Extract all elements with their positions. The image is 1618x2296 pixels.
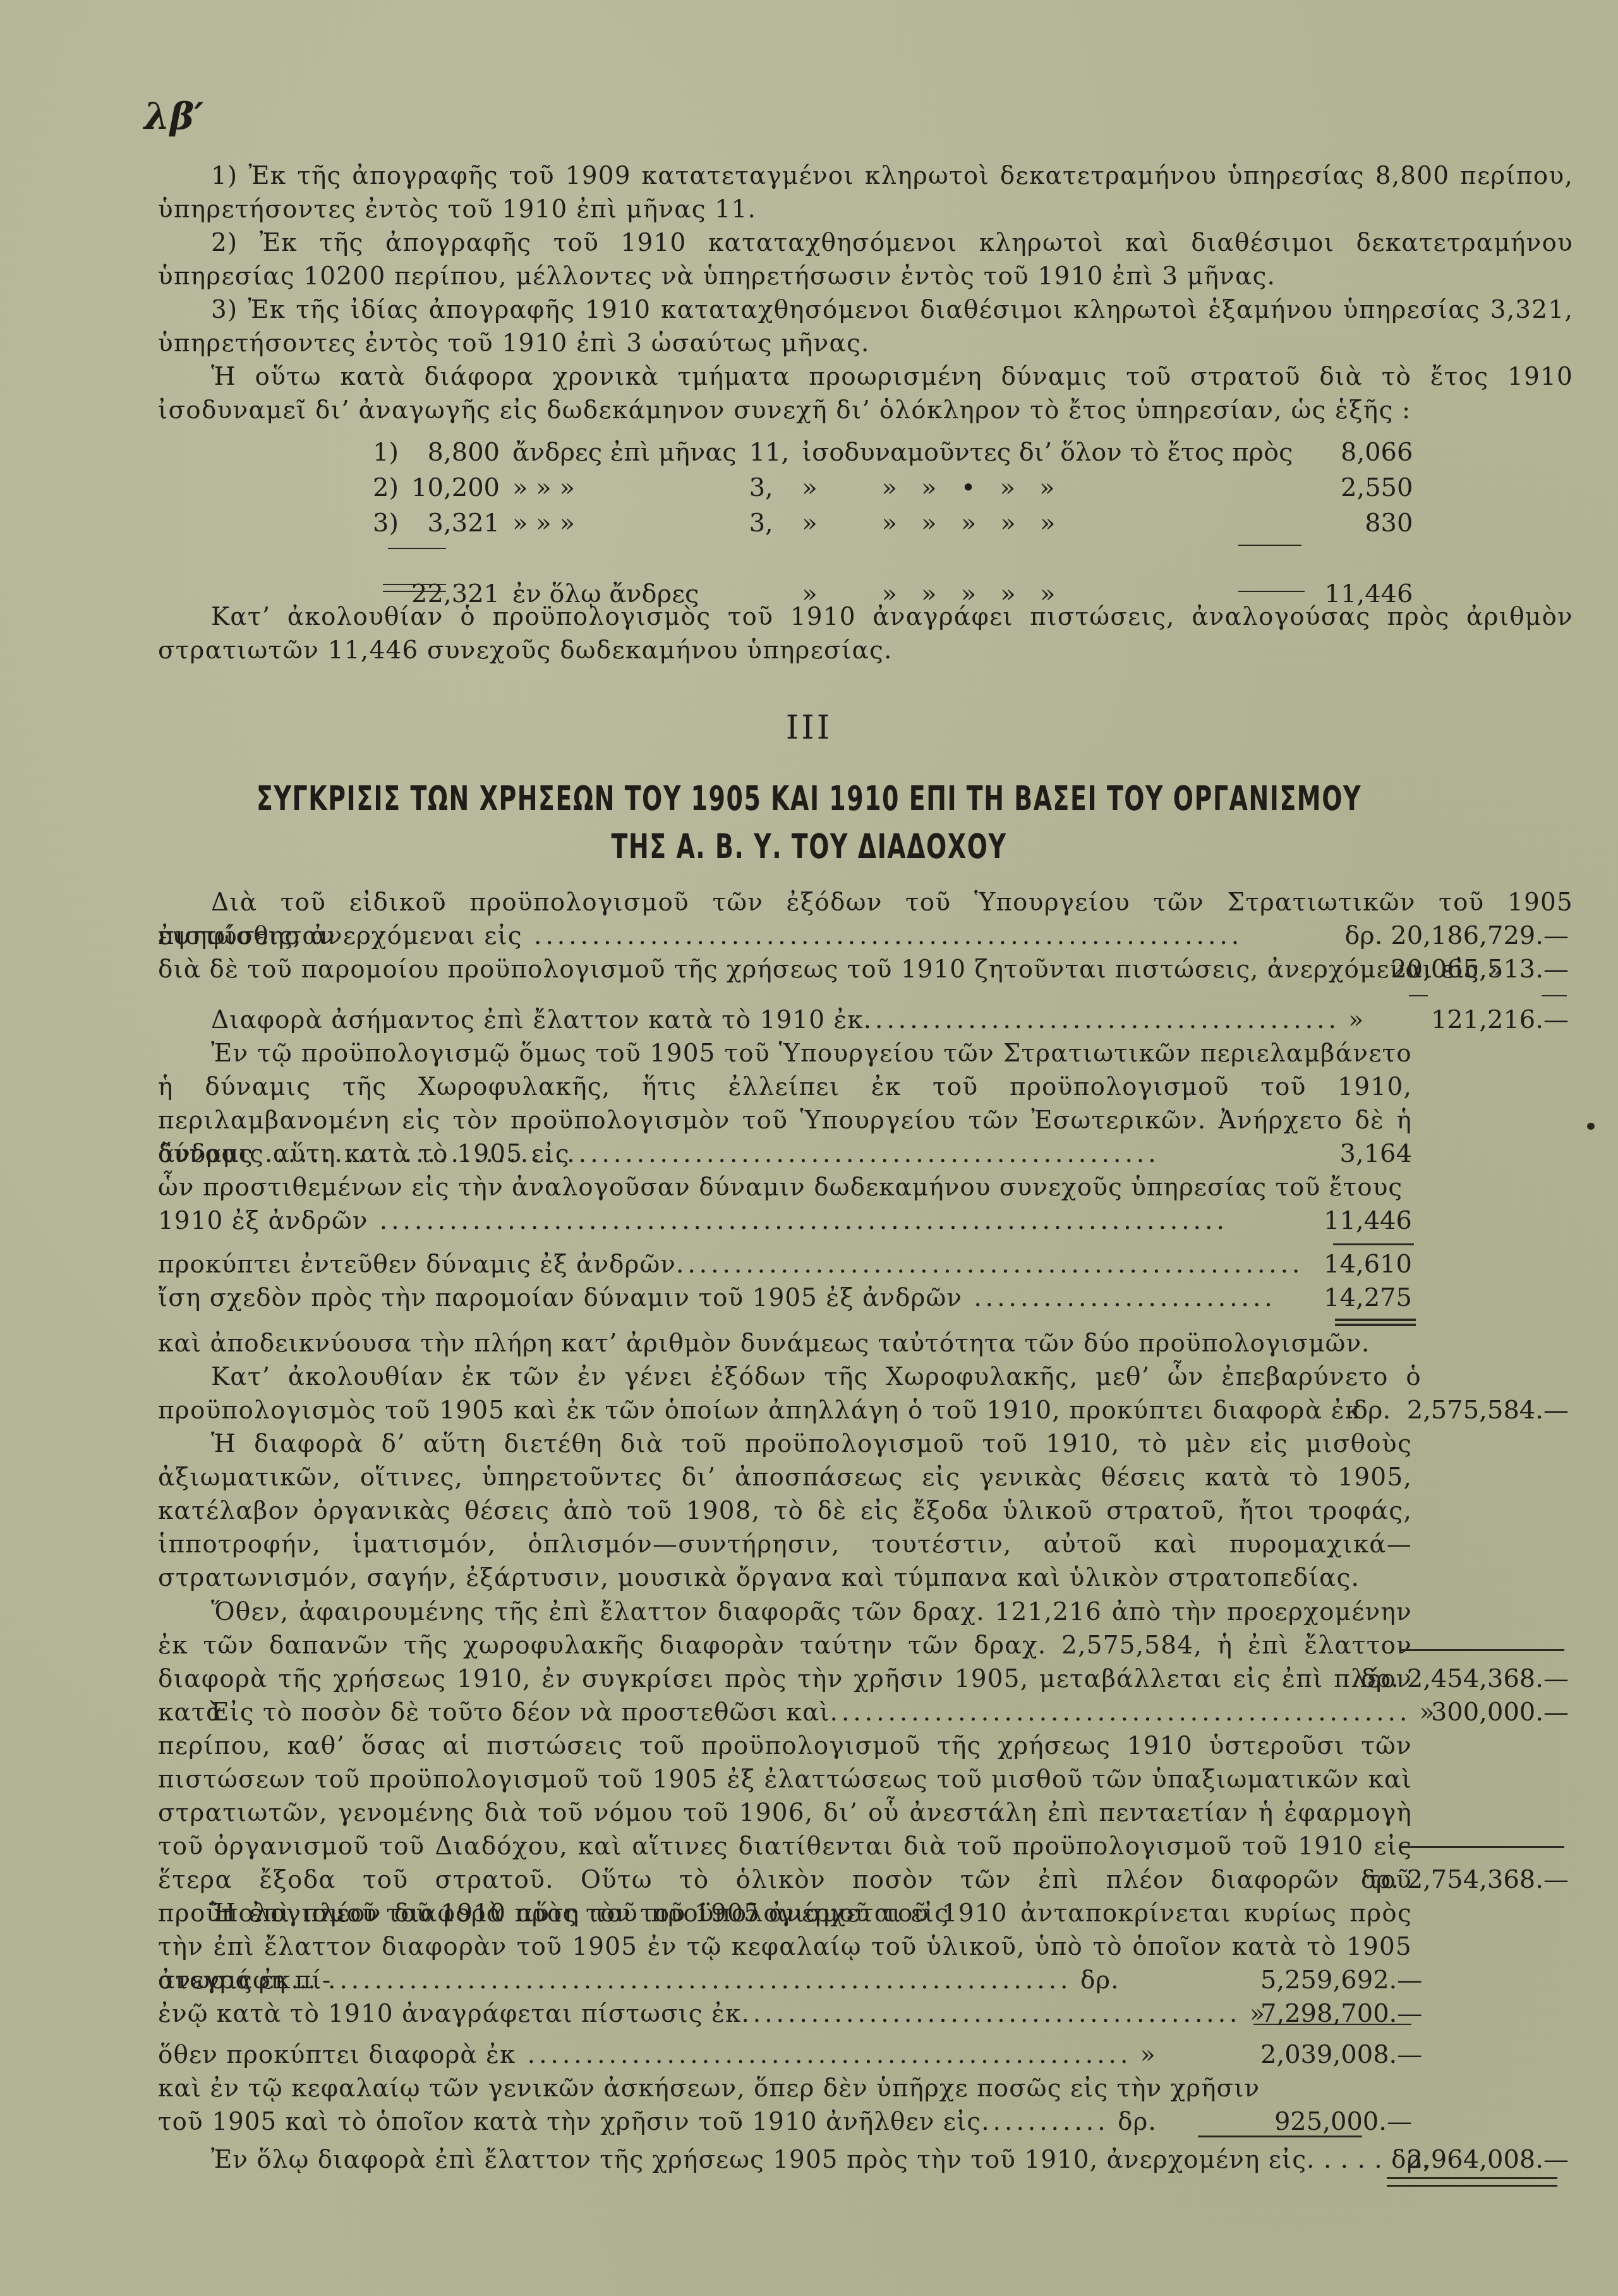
sum-rule xyxy=(1253,2024,1411,2025)
m3-lead-text: ὅθεν προκύπτει διαφορὰ ἐκ xyxy=(158,2041,516,2069)
leader-dots: ........................................… xyxy=(741,2000,1241,2028)
men-lead: ἄνδρας .................................… xyxy=(158,1137,1160,1171)
row-number: 1) xyxy=(366,435,405,470)
intro-section: 1) Ἐκ τῆς ἀπογραφῆς τοῦ 1909 κατατεταγμέ… xyxy=(158,159,1573,427)
leader-dots: ........................................… xyxy=(368,1207,1228,1235)
intro-summary: Ἡ οὕτω κατὰ διάφορα χρονικὰ τμήματα προω… xyxy=(158,360,1573,427)
gend-exp-text: Κατ’ ἀκολουθίαν ἐκ τῶν ἐν γένει ἐξόδων τ… xyxy=(158,1360,1422,1427)
added-lead-text: 1910 ἐξ ἀνδρῶν xyxy=(158,1207,368,1235)
p2-amount: 20,065,513.— xyxy=(1391,953,1569,986)
add-lead: Εἰς τὸ ποσὸν δὲ τοῦτο δέον νὰ προστεθῶσι… xyxy=(211,1696,1435,1729)
result-lead: προκύπτει ἐντεῦθεν δύναμις ἐξ ἀνδρῶν....… xyxy=(158,1248,1303,1281)
leader-dots: ........................................… xyxy=(676,1250,1303,1279)
equiv-desc: ἰσοδυναμοῦντες δι’ ὅλον τὸ ἔτος πρὸς xyxy=(795,435,1299,470)
men-count: 8,800 xyxy=(405,435,506,470)
leader-dots: ........................................… xyxy=(253,1140,1160,1168)
identity-text: καὶ ἀποδεικνύουσα τὴν πλήρη κατ’ ἀριθμὸν… xyxy=(158,1327,1370,1360)
equiv-value: 2,550 xyxy=(1300,470,1420,505)
exercises-text: καὶ ἐν τῷ κεφαλαίῳ τῶν γενικῶν ἀσκήσεων,… xyxy=(158,2072,1260,2105)
m2-lead: ἐνῷ κατὰ τὸ 1910 ἀναγράφεται πίστωσις ἐκ… xyxy=(158,1997,1265,2031)
leader-dots: ........................................… xyxy=(516,2041,1132,2069)
sum-rule xyxy=(1333,1243,1414,1245)
total-amount: 2,964,008.— xyxy=(1407,2143,1569,2177)
men-count: 3,321 xyxy=(405,505,506,541)
ex-amount: 925,000.— xyxy=(1260,2105,1412,2139)
add-amount: 300,000.— xyxy=(1431,1696,1569,1729)
table-row: 1) 8,800 ἄνδρες ἐπὶ μῆνας 11, ἰσοδυναμοῦ… xyxy=(366,435,1420,470)
sum-rule xyxy=(388,548,446,549)
ink-speck xyxy=(1587,1123,1595,1130)
row-number: 2) xyxy=(366,470,405,505)
double-rule xyxy=(1387,2185,1557,2187)
m1-amount: 5,259,692.— xyxy=(1260,1964,1412,1997)
section-subtitle: ΤΗΣ Α. Β. Υ. ΤΟΥ ΔΙΑΔΟΧΟΥ xyxy=(178,826,1440,866)
leader-dots: ........................................… xyxy=(864,1006,1340,1034)
conclusion-paragraph: Κατ’ ἀκολουθίαν ὁ προϋπολογισμὸς τοῦ 191… xyxy=(158,600,1573,667)
equal-lead: ἴση σχεδὸν πρὸς τὴν παρομοίαν δύναμιν το… xyxy=(158,1281,1276,1315)
currency: » xyxy=(1140,2041,1156,2069)
equiv-value: 830 xyxy=(1300,505,1420,541)
added-text: ὧν προστιθεμένων εἰς τὴν ἀναλογοῦσαν δύν… xyxy=(158,1171,1403,1204)
rule-mark xyxy=(1409,995,1428,996)
m1-lead-text: στωσις ἐκ... xyxy=(158,1966,317,1995)
men-count: 10,200 xyxy=(405,470,506,505)
double-rule xyxy=(383,591,446,592)
leader-dots: ........................................… xyxy=(522,922,1243,950)
double-rule xyxy=(1238,591,1305,592)
months: 11, xyxy=(743,435,796,470)
spacer xyxy=(366,541,1420,576)
allocation-table: 1) 8,800 ἄνδρες ἐπὶ μῆνας 11, ἰσοδυναμοῦ… xyxy=(366,435,1420,612)
intro-item-1: 1) Ἐκ τῆς ἀπογραφῆς τοῦ 1909 κατατεταγμέ… xyxy=(158,159,1573,226)
m2-amount: 7,298,700.— xyxy=(1260,1997,1412,2031)
leader-dots: ........................................… xyxy=(317,1966,1072,1995)
intro-item-2: 2) Ἐκ τῆς ἀπογραφῆς τοῦ 1910 καταταχθησό… xyxy=(158,226,1573,293)
rule-mark xyxy=(1542,995,1567,996)
amount: 2,754,368.— xyxy=(1407,1865,1569,1894)
currency: δρ. xyxy=(1361,1865,1399,1894)
leader-dots: .......................... xyxy=(962,1284,1276,1312)
currency: δρ. xyxy=(1361,1664,1399,1693)
equiv-desc: » » » » » » xyxy=(795,505,1299,541)
sum-rule xyxy=(1238,545,1301,546)
m2-lead-text: ἐνῷ κατὰ τὸ 1910 ἀναγράφεται πίστωσις ἐκ xyxy=(158,2000,741,2028)
ex-lead-text: τοῦ 1905 καὶ τὸ ὁποῖον κατὰ τὴν χρῆσιν τ… xyxy=(158,2108,981,2136)
add-lead-text: Εἰς τὸ ποσὸν δὲ τοῦτο δέον νὰ προστεθῶσι… xyxy=(211,1698,830,1727)
amount: 20,186,729.— xyxy=(1391,921,1569,950)
currency: δρ. xyxy=(1353,1396,1391,1425)
p1-amount: δρ. 20,186,729.— xyxy=(1344,919,1569,953)
diff-text: Διαφορὰ ἀσήμαντος ἐπὶ ἔλαττον κατὰ τὸ 19… xyxy=(211,1006,864,1034)
row-number: 3) xyxy=(366,505,405,541)
men-lead-text: ἄνδρας xyxy=(158,1140,253,1168)
row-desc: ἄνδρες ἐπὶ μῆνας xyxy=(506,435,743,470)
amount: 2,575,584.— xyxy=(1407,1396,1569,1425)
salary-amount: δρ. 2,754,368.— xyxy=(1361,1863,1569,1897)
added-lead: 1910 ἐξ ἀνδρῶν .........................… xyxy=(158,1204,1228,1238)
currency: δρ. xyxy=(1344,921,1382,950)
m3-lead: ὅθεν προκύπτει διαφορὰ ἐκ ..............… xyxy=(158,2038,1156,2072)
p1-lead: πιστώσεις, ἀνερχόμεναι εἰς .............… xyxy=(158,919,1243,953)
double-rule xyxy=(1335,1324,1416,1326)
result-lead-text: προκύπτει ἐντεῦθεν δύναμις ἐξ ἀνδρῶν xyxy=(158,1250,676,1279)
months: 3, xyxy=(743,505,796,541)
leader-dots: ........................................… xyxy=(830,1698,1411,1727)
gend-exp-amount: δρ. 2,575,584.— xyxy=(1353,1394,1569,1427)
document-page: λβ′ 1) Ἐκ τῆς ἀπογραφῆς τοῦ 1909 κατατετ… xyxy=(0,0,1618,2296)
leader-dots: ........... xyxy=(981,2108,1109,2136)
sum-rule xyxy=(1401,1846,1564,1848)
equiv-value: 8,066 xyxy=(1300,435,1420,470)
table-row: 2) 10,200 » » » 3, » » » • » » 2,550 xyxy=(366,470,1420,505)
ex-lead: τοῦ 1905 καὶ τὸ ὁποῖον κατὰ τὴν χρῆσιν τ… xyxy=(158,2105,1157,2139)
added-value: 11,446 xyxy=(1295,1204,1412,1238)
currency: δρ. xyxy=(1118,2108,1157,2136)
page-number: λβ′ xyxy=(144,95,203,138)
section-title: ΣΥΓΚΡΙΣΙΣ ΤΩΝ ΧΡΗΣΕΩΝ ΤΟΥ 1905 ΚΑΙ 1910 … xyxy=(178,778,1440,818)
months: 3, xyxy=(743,470,796,505)
intro-item-3: 3) Ἐκ τῆς ἰδίας ἀπογραφῆς 1910 καταταχθη… xyxy=(158,293,1573,360)
diff-lead: Διαφορὰ ἀσήμαντος ἐπὶ ἔλαττον κατὰ τὸ 19… xyxy=(211,1003,1364,1037)
currency: δρ. xyxy=(1080,1966,1120,1995)
amount: 2,454,368.— xyxy=(1407,1664,1569,1693)
row-desc: » » » xyxy=(506,470,743,505)
men-value: 3,164 xyxy=(1295,1137,1412,1171)
double-rule xyxy=(383,584,446,585)
double-rule xyxy=(1335,1319,1416,1321)
currency: » xyxy=(1348,1006,1364,1034)
equal-value: 14,275 xyxy=(1295,1281,1412,1315)
m3-amount: 2,039,008.— xyxy=(1260,2038,1412,2072)
p1-lead-text: πιστώσεις, ἀνερχόμεναι εἰς xyxy=(158,922,522,950)
equiv-desc: » » » • » » xyxy=(795,470,1299,505)
m1-lead: στωσις ἐκ... ...........................… xyxy=(158,1964,1120,1997)
p2-lead: διὰ δὲ τοῦ παρομοίου προϋπολογισμοῦ τῆς … xyxy=(158,953,1504,986)
gend-exp-paragraph: Κατ’ ἀκολουθίαν ἐκ τῶν ἐν γένει ἐξόδων τ… xyxy=(158,1360,1422,1427)
row-desc: » » » xyxy=(506,505,743,541)
total-lead: Ἐν ὅλῳ διαφορὰ ἐπὶ ἔλαττον τῆς χρήσεως 1… xyxy=(211,2143,1430,2177)
distribution-text: Ἡ διαφορὰ δ’ αὕτη διετέθη διὰ τοῦ προϋπο… xyxy=(158,1427,1412,1595)
sum-rule xyxy=(1401,1649,1564,1651)
double-rule xyxy=(1387,2177,1557,2179)
sum-rule xyxy=(1198,2136,1362,2137)
conclusion-text: Κατ’ ἀκολουθίαν ὁ προϋπολογισμὸς τοῦ 191… xyxy=(158,600,1573,667)
distribution-paragraph: Ἡ διαφορὰ δ’ αὕτη διετέθη διὰ τοῦ προϋπο… xyxy=(158,1427,1412,1595)
table-row: 3) 3,321 » » » 3, » » » » » » 830 xyxy=(366,505,1420,541)
equal-lead-text: ἴση σχεδὸν πρὸς τὴν παρομοίαν δύναμιν το… xyxy=(158,1284,962,1312)
result-value: 14,610 xyxy=(1295,1248,1412,1281)
diff-amount: 121,216.— xyxy=(1431,1003,1569,1037)
subtract-amount: δρ. 2,454,368.— xyxy=(1361,1662,1569,1696)
total-lead-text: Ἐν ὅλῳ διαφορὰ ἐπὶ ἔλαττον τῆς χρήσεως 1… xyxy=(211,2146,1383,2174)
section-roman-numeral: III xyxy=(0,709,1618,747)
